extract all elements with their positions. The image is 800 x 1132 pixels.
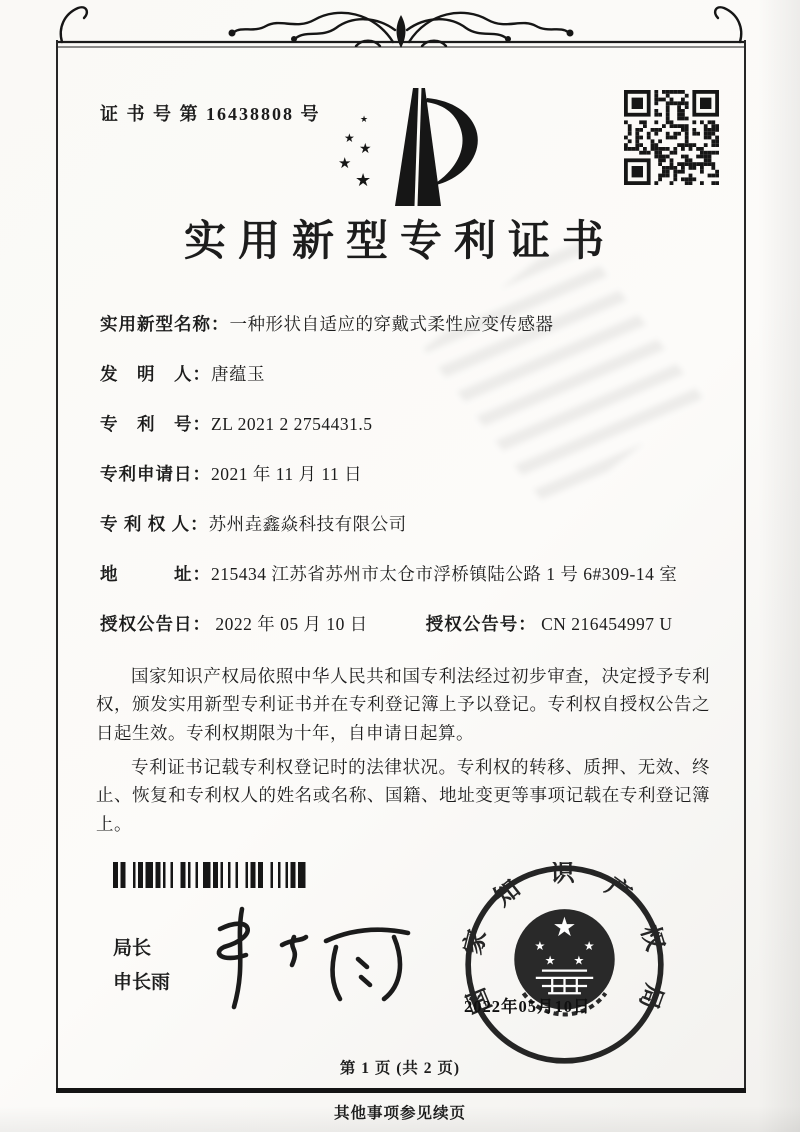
- field-address: 地 址： 215434 江苏省苏州市太仓市浮桥镇陆公路 1 号 6#309-14…: [100, 561, 720, 611]
- certificate-title: 实用新型专利证书: [0, 208, 800, 268]
- frame-border-left: [56, 40, 58, 1093]
- director-title: 局长: [113, 932, 170, 966]
- scan-edge-shadow: [758, 0, 800, 1132]
- field-label: 授权公告日：: [100, 614, 211, 634]
- field-label: 授权公告号：: [426, 614, 537, 634]
- field-value: 一种形状自适应的穿戴式柔性应变传感器: [230, 311, 554, 336]
- cnipa-official-seal-icon: 国家知识产权局 ★ ★ ★ ★ ★: [462, 862, 667, 1067]
- legal-text: 国家知识产权局依照中华人民共和国专利法经过初步审查，决定授予专利权，颁发实用新型…: [96, 662, 710, 844]
- field-label: 专利申请日：: [100, 461, 211, 486]
- field-label: 实用新型名称：: [100, 311, 230, 336]
- field-label: 发 明 人：: [100, 361, 211, 386]
- svg-text:★: ★: [534, 939, 545, 953]
- patent-certificate-page: 证 书 号 第 16438808 号 ★ ★ ★ ★ ★ 实用新型专利证书 实用…: [0, 0, 800, 1132]
- field-value: 唐蕴玉: [211, 361, 265, 386]
- field-grant-date: 授权公告日： 2022 年 05 月 10 日: [100, 611, 368, 636]
- field-value: ZL 2021 2 2754431.5: [211, 414, 372, 435]
- seal-date: 2022年05月10日: [464, 993, 684, 1017]
- logo-star-icon: ★: [338, 156, 351, 171]
- field-application-date: 专利申请日： 2021 年 11 月 11 日: [100, 461, 720, 511]
- legal-paragraph-1: 国家知识产权局依照中华人民共和国专利法经过初步审查，决定授予专利权，颁发实用新型…: [96, 662, 710, 747]
- legal-paragraph-2: 专利证书记载专利权登记时的法律状况。专利权的转移、质押、无效、终止、恢复和专利权…: [96, 753, 710, 838]
- qr-code-icon: [624, 90, 719, 185]
- svg-text:★: ★: [545, 954, 556, 968]
- field-label: 专 利 号：: [100, 411, 211, 436]
- decorative-flourish-icon: [56, 2, 746, 60]
- field-patentee: 专 利 权 人： 苏州垚鑫焱科技有限公司: [100, 511, 720, 561]
- logo-star-icon: ★: [360, 116, 368, 125]
- field-utility-model-name: 实用新型名称： 一种形状自适应的穿戴式柔性应变传感器: [100, 311, 720, 361]
- scan-edge-shadow: [0, 1106, 800, 1132]
- barcode-icon: [113, 862, 308, 888]
- certificate-fields: 实用新型名称： 一种形状自适应的穿戴式柔性应变传感器 发 明 人： 唐蕴玉 专 …: [100, 311, 720, 661]
- logo-star-icon: ★: [359, 142, 372, 156]
- field-value: CN 216454997 U: [541, 614, 672, 634]
- field-label: 专 利 权 人：: [100, 511, 209, 536]
- field-grant-row: 授权公告日： 2022 年 05 月 10 日 授权公告号： CN 216454…: [100, 611, 720, 661]
- frame-border-bottom: [56, 1088, 746, 1093]
- page-number: 第 1 页 (共 2 页): [0, 1056, 800, 1078]
- director-signature-icon: [208, 903, 420, 1015]
- cnipa-patent-logo-icon: ★ ★ ★ ★ ★: [333, 86, 483, 208]
- field-value: 苏州垚鑫焱科技有限公司: [209, 511, 407, 536]
- field-label: 地 址：: [100, 561, 211, 586]
- director-block: 局长 申长雨: [113, 932, 170, 1000]
- director-name: 申长雨: [113, 966, 170, 1000]
- logo-nib-icon: [373, 86, 483, 208]
- field-grant-number: 授权公告号： CN 216454997 U: [426, 611, 673, 636]
- svg-text:★: ★: [553, 912, 577, 943]
- svg-text:★: ★: [584, 939, 595, 953]
- field-value: 215434 江苏省苏州市太仓市浮桥镇陆公路 1 号 6#309-14 室: [211, 561, 677, 586]
- svg-text:★: ★: [573, 954, 584, 968]
- frame-border-right: [744, 40, 746, 1093]
- field-value: 2021 年 11 月 11 日: [211, 461, 362, 486]
- field-value: 2022 年 05 月 10 日: [215, 614, 367, 634]
- logo-star-icon: ★: [355, 172, 371, 190]
- logo-star-icon: ★: [344, 132, 355, 144]
- field-patent-number: 专 利 号： ZL 2021 2 2754431.5: [100, 411, 720, 461]
- field-inventor: 发 明 人： 唐蕴玉: [100, 361, 720, 411]
- certificate-number: 证 书 号 第 16438808 号: [100, 100, 321, 126]
